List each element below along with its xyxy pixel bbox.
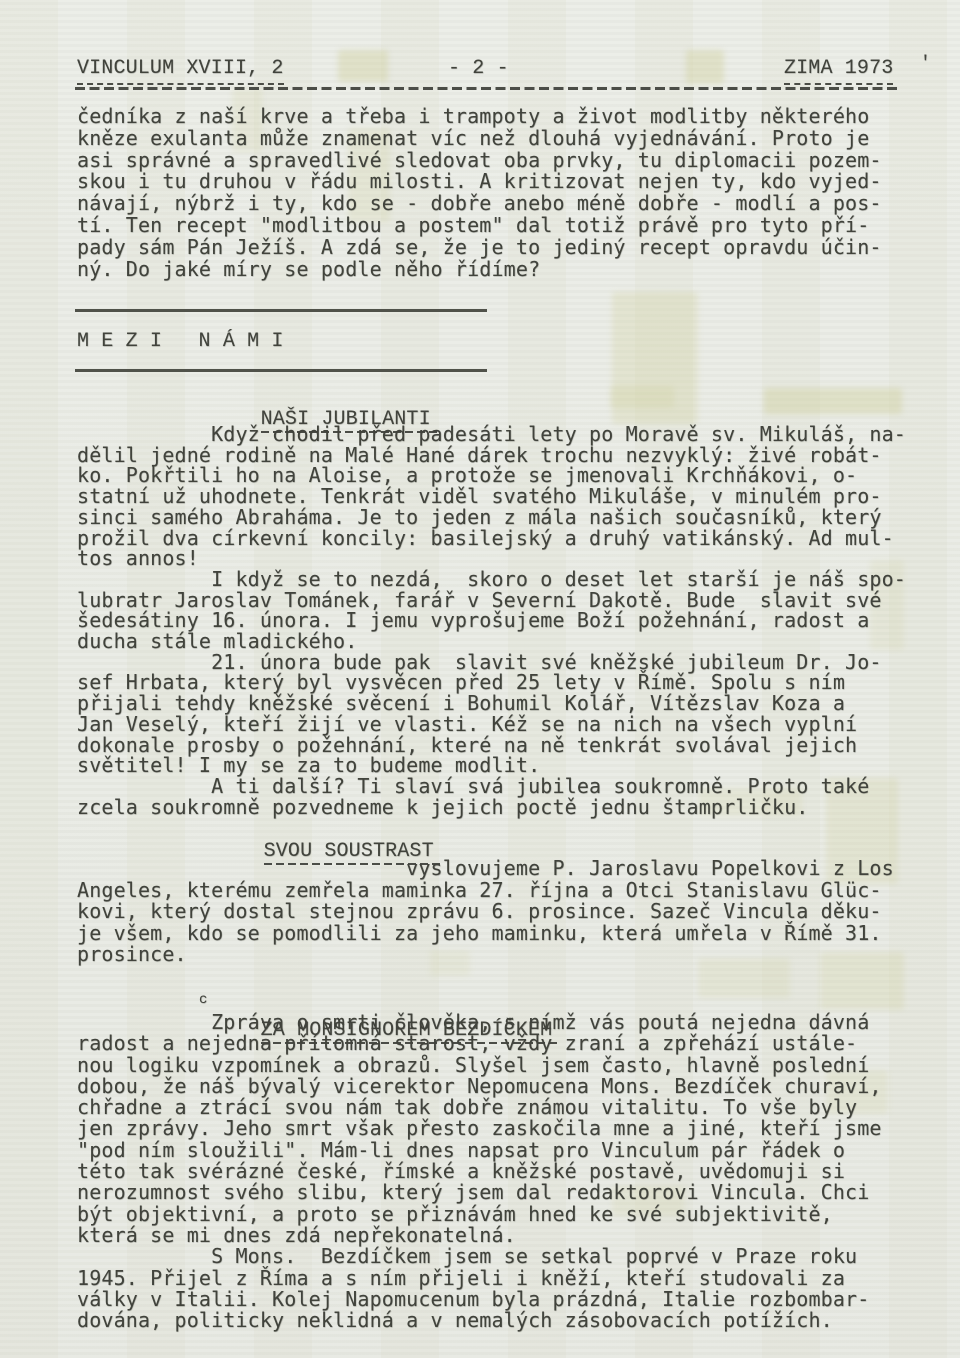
paper-stain bbox=[612, 292, 698, 424]
bezdicek-paragraphs: Zpráva o smrti člověka, s nímž vás poutá… bbox=[77, 1012, 882, 1331]
intro-paragraph: čedníka z naší krve a třeba i trampoty a… bbox=[77, 106, 882, 280]
header-page-number: - 2 - bbox=[448, 58, 509, 80]
document-page: VINCULUM XVIII, 2 - 2 - ZIMA 1973 ' čedn… bbox=[0, 0, 960, 1358]
soustrast-paragraph: vyslovujeme P. Jaroslavu Popelkovi z Los… bbox=[77, 858, 894, 966]
divider-rule-bottom bbox=[75, 369, 487, 372]
paper-stain bbox=[764, 388, 902, 414]
heading-stray-letter: c bbox=[199, 990, 208, 1011]
header-issue: VINCULUM XVIII, 2 bbox=[77, 58, 284, 85]
section-title-mezi-nami: M E Z I N Á M I bbox=[77, 330, 284, 353]
header-stray-mark: ' bbox=[920, 54, 931, 74]
paper-stain bbox=[686, 50, 724, 84]
paper-stain bbox=[610, 386, 674, 408]
header-date: ZIMA 1973 bbox=[784, 58, 893, 85]
paper-stain bbox=[338, 50, 388, 82]
header-rule bbox=[75, 87, 897, 90]
divider-rule-top bbox=[75, 309, 487, 312]
jubilanti-paragraphs: Když chodil před padesáti lety po Moravě… bbox=[77, 424, 906, 817]
